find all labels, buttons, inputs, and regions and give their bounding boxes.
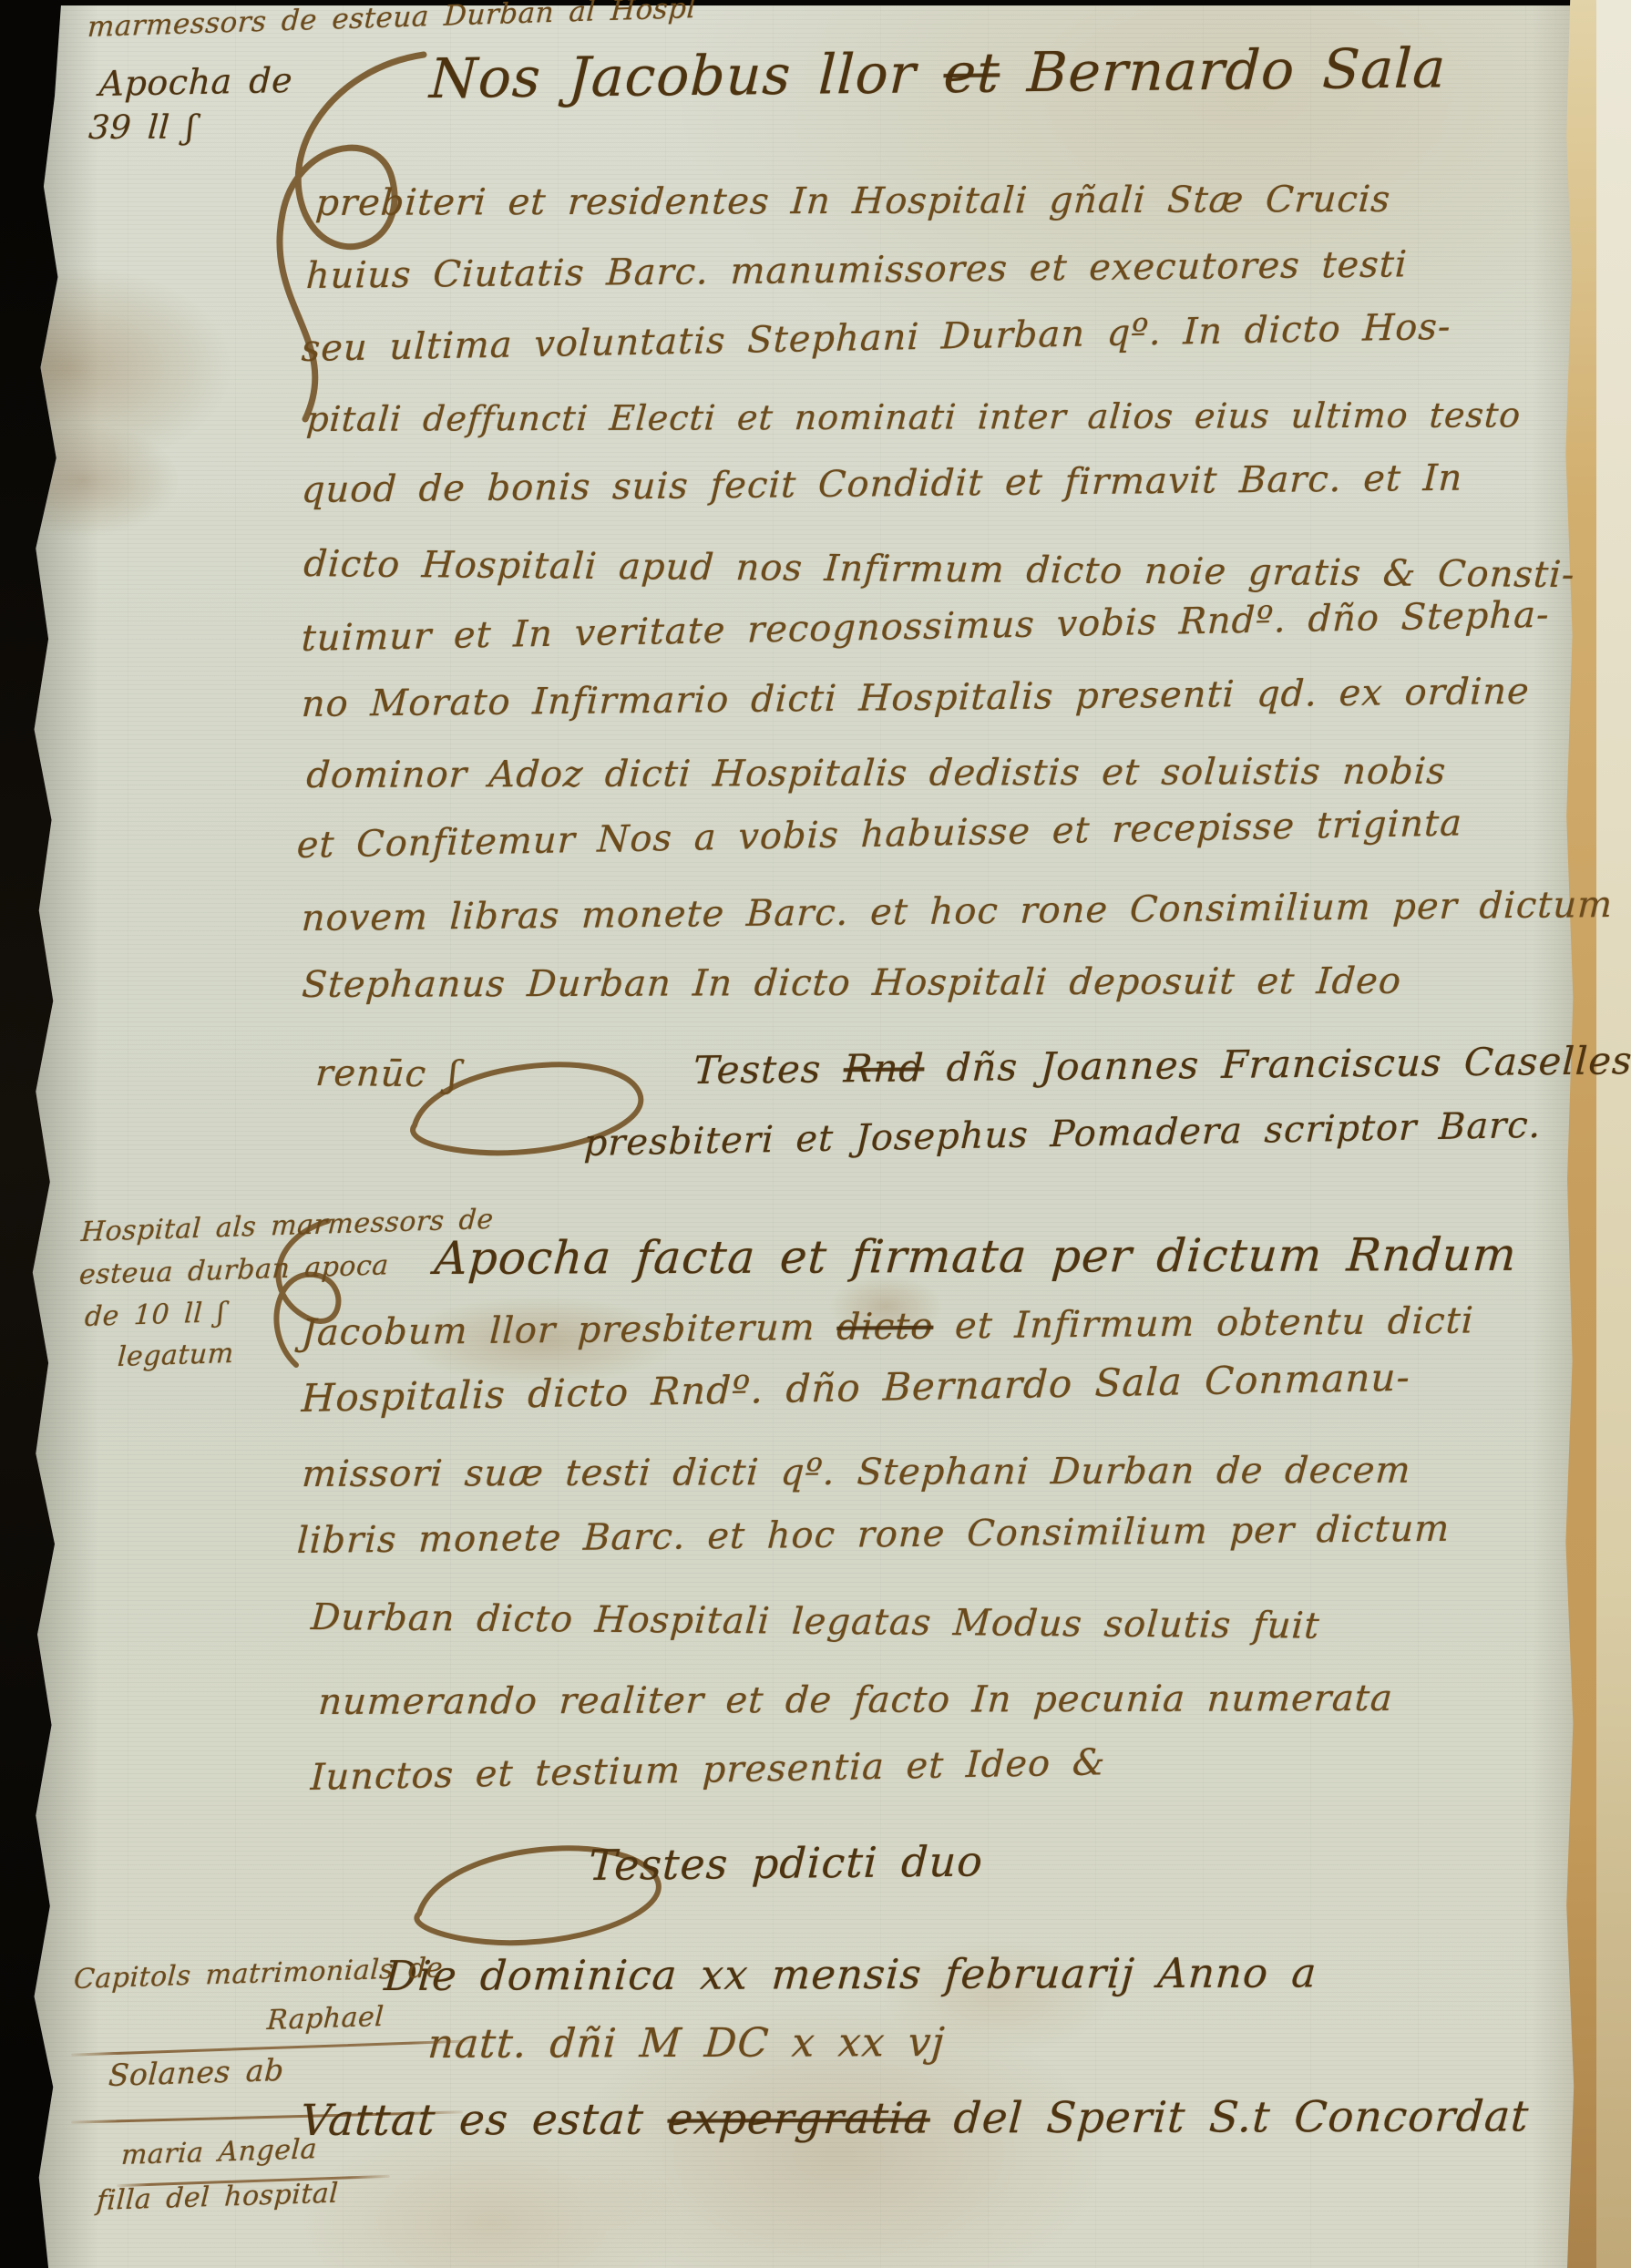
witnesses-line-1-struck-word: Rnd — [843, 1045, 926, 1091]
underlying-page-edge — [1596, 0, 1631, 2268]
margin-note-capitols-line2: Raphael — [266, 2001, 385, 2037]
closing-line: Vattat es estat expergratia del Sperit S… — [299, 2091, 1531, 2146]
body-line-1-struck-word: et — [942, 41, 1001, 106]
margin-note-apocha-line2: 39 ll ʃ — [87, 109, 197, 147]
margin-note-capitols-line3: Solanes ab — [108, 2052, 285, 2093]
apocha-line-2-pre: Jacobum llor presbiterum — [301, 1307, 816, 1354]
body-line-1: Nos Jacobus llor et Bernardo Sala — [428, 36, 1448, 111]
apocha-line-2-post: et Infirmum obtentu dicti — [954, 1300, 1474, 1348]
apocha-line-7: numerando realiter et de facto In pecuni… — [317, 1678, 1394, 1723]
body-line-1-post: Bernardo Sala — [1026, 36, 1448, 105]
apocha-line-6: Durban dicto Hospitali legatas Modus sol… — [310, 1596, 1321, 1647]
apocha-line-4: missori suæ testi dicti qº. Stephani Dur… — [301, 1450, 1412, 1495]
body-line-1-pre: Nos Jacobus llor — [428, 42, 918, 111]
body-line-13: Stephanus Durban In dicto Hospitali depo… — [301, 960, 1403, 1006]
witnesses-line-3: Testes pdicti duo — [588, 1836, 984, 1890]
apocha-line-2-struck-word: dicto — [836, 1306, 934, 1349]
date-line-1: Die dominica xx mensis februarij Anno a — [383, 1948, 1318, 2000]
margin-note-hospital-line4: legatum — [117, 1338, 235, 1373]
renunciation-word: renūc ʃ — [314, 1052, 460, 1095]
apocha-line-1: Apocha facta et firmata per dictum Rndum — [433, 1228, 1519, 1285]
body-line-10: dominor Adoz dicti Hospitalis dedistis e… — [305, 751, 1448, 796]
date-line-2: natt. dñi M DC x xx vj — [426, 2019, 947, 2068]
closing-line-post: del Sperit S.t Concordat — [952, 2091, 1531, 2143]
manuscript-scan: marmessors de esteua Durban al Hospl Apo… — [0, 0, 1631, 2268]
witnesses-line-1-post: dñs Joannes Franciscus Caselles — [946, 1038, 1631, 1090]
margin-note-capitols-line4: maria Angela — [120, 2133, 318, 2171]
margin-note-hospital-line3: de 10 ll ʃ — [84, 1297, 226, 1333]
closing-line-pre: Vattat es estat — [299, 2095, 646, 2146]
margin-note-apocha-line1: Apocha de — [98, 60, 293, 104]
witnesses-line-1-pre: Testes — [692, 1047, 823, 1093]
body-line-2: prebiteri et residentes In Hospitali gña… — [314, 179, 1392, 224]
body-line-5: pitali deffuncti Electi et nominati inte… — [305, 395, 1523, 439]
closing-line-struck-word: expergratia — [666, 2094, 932, 2145]
